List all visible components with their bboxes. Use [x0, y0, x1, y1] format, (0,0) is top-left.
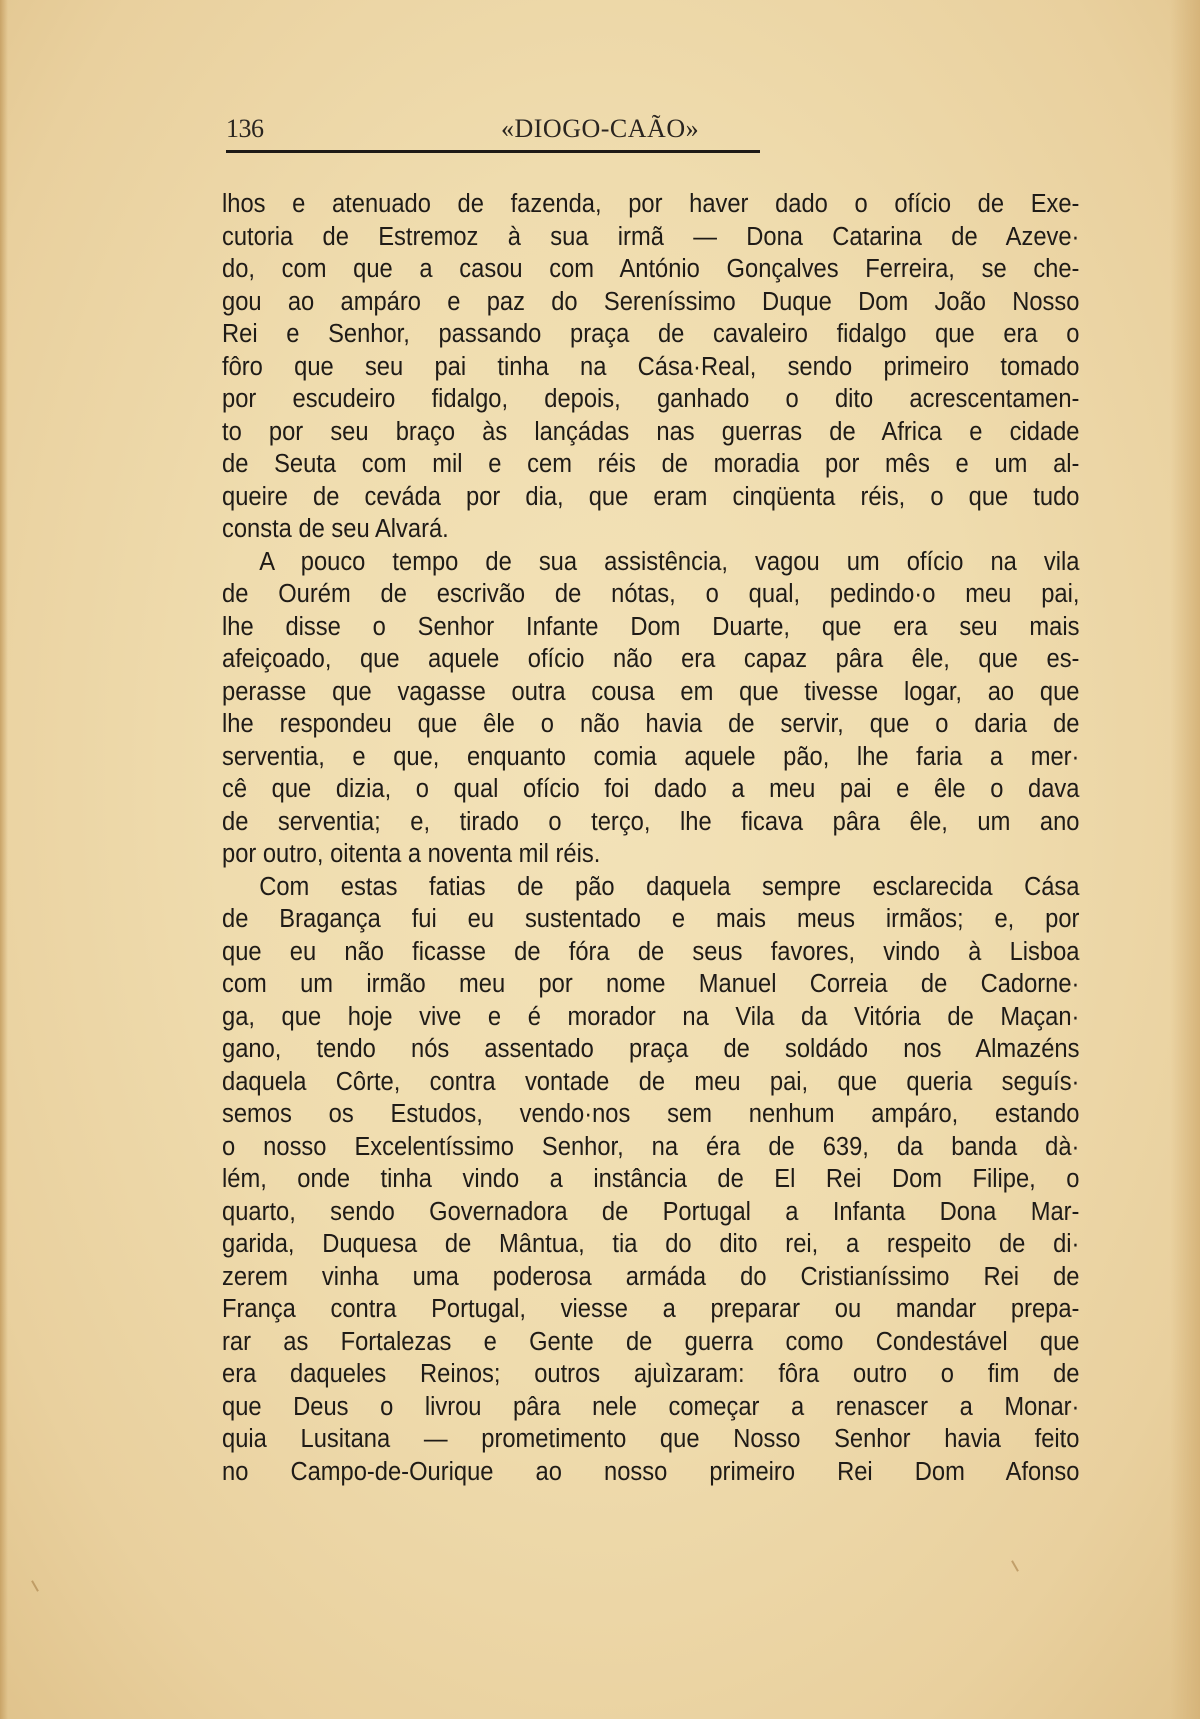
text-line: de Ourém de escrivão de nótas, o qual, p… — [222, 578, 1079, 611]
header-rule — [226, 150, 760, 153]
text-line: que eu não ficasse de fóra de seus favor… — [222, 936, 1079, 969]
text-line: o nosso Excelentíssimo Senhor, na éra de… — [222, 1131, 1079, 1164]
text-line: que Deus o livrou pâra nele começar a re… — [222, 1391, 1079, 1424]
text-line: rar as Fortalezas e Gente de guerra como… — [222, 1326, 1079, 1359]
text-line: ga, que hoje vive e é morador na Vila da… — [222, 1001, 1079, 1034]
text-line: fôro que seu pai tinha na Cása·Real, sen… — [222, 351, 1079, 384]
text-line: com um irmão meu por nome Manuel Correia… — [222, 968, 1079, 1001]
text-line: lhe respondeu que êle o não havia de ser… — [222, 708, 1079, 741]
text-line: garida, Duquesa de Mântua, tia do dito r… — [222, 1228, 1079, 1261]
body-text: lhos e atenuado de fazenda, por haver da… — [222, 188, 1020, 1488]
text-line: daquela Côrte, contra vontade de meu pai… — [222, 1066, 1079, 1099]
page-header: 136 «DIOGO-CAÃO» — [226, 108, 760, 154]
text-line: por outro, oitenta a noventa mil réis. — [222, 838, 1079, 871]
text-line: semos os Estudos, vendo·nos sem nenhum a… — [222, 1098, 1079, 1131]
running-title: «DIOGO-CAÃO» — [501, 114, 699, 144]
text-line: de serventia; e, tirado o terço, lhe fic… — [222, 806, 1079, 839]
text-line: cê que dizia, o qual ofício foi dado a m… — [222, 773, 1079, 806]
paragraph-start-line: A pouco tempo de sua assistência, vagou … — [222, 546, 1079, 579]
text-line: consta de seu Alvará. — [222, 513, 1079, 546]
text-line: afeiçoado, que aquele ofício não era cap… — [222, 643, 1079, 676]
text-line: do, com que a casou com António Gonçalve… — [222, 253, 1079, 286]
text-line: de Seuta com mil e cem réis de moradia p… — [222, 448, 1079, 481]
text-line: quarto, sendo Governadora de Portugal a … — [222, 1196, 1079, 1229]
text-line: lhos e atenuado de fazenda, por haver da… — [222, 188, 1079, 221]
text-line: to por seu braço às lançádas nas guerras… — [222, 416, 1079, 449]
text-line: lém, onde tinha vindo a instância de El … — [222, 1163, 1079, 1196]
paper-speck — [1011, 1560, 1019, 1571]
paragraph-start-line: Com estas fatias de pão daquela sempre e… — [222, 871, 1079, 904]
text-line: de Bragança fui eu sustentado e mais meu… — [222, 903, 1079, 936]
text-line: Rei e Senhor, passando praça de cavaleir… — [222, 318, 1079, 351]
book-page: 136 «DIOGO-CAÃO» lhos e atenuado de faze… — [0, 0, 1200, 1719]
text-line: lhe disse o Senhor Infante Dom Duarte, q… — [222, 611, 1079, 644]
text-line: por escudeiro fidalgo, depois, ganhado o… — [222, 383, 1079, 416]
text-line: perasse que vagasse outra cousa em que t… — [222, 676, 1079, 709]
text-line: serventia, e que, enquanto comia aquele … — [222, 741, 1079, 774]
text-line: cutoria de Estremoz à sua irmã — Dona Ca… — [222, 221, 1079, 254]
page-number: 136 — [226, 114, 264, 144]
text-line: gou ao ampáro e paz do Sereníssimo Duque… — [222, 286, 1079, 319]
text-line: França contra Portugal, viesse a prepara… — [222, 1293, 1079, 1326]
text-line: era daqueles Reinos; outros ajuìzaram: f… — [222, 1358, 1079, 1391]
text-line: queire de ceváda por dia, que eram cinqü… — [222, 481, 1079, 514]
paper-speck — [31, 1580, 39, 1591]
text-line: zerem vinha uma poderosa armáda do Crist… — [222, 1261, 1079, 1294]
text-line: no Campo-de-Ourique ao nosso primeiro Re… — [222, 1456, 1079, 1489]
text-line: gano, tendo nós assentado praça de soldá… — [222, 1033, 1079, 1066]
text-line: quia Lusitana — prometimento que Nosso S… — [222, 1423, 1079, 1456]
